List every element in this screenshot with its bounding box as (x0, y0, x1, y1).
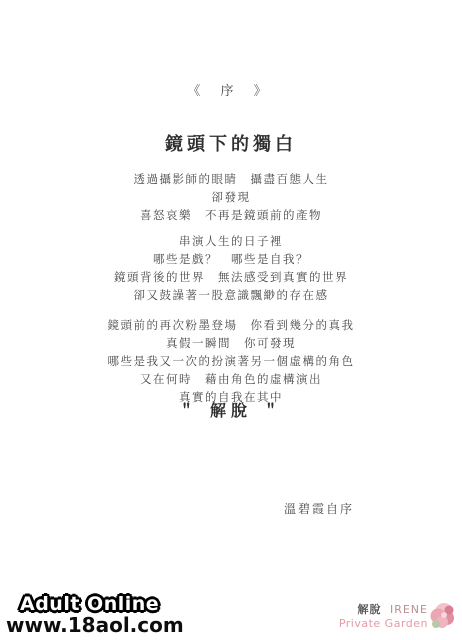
poem-highlight-word: ＂ 解脫 ＂ (0, 398, 462, 421)
book-logo: 解脫 IRENE Private Garden (339, 600, 458, 634)
watermark-url: www.18aol.com (6, 615, 184, 636)
section-header: 《 序 》 (0, 80, 462, 99)
scanned-preface-page: 《 序 》 鏡頭下的獨白 透過攝影師的眼睛 攝盡百態人生 卻發現 喜怒哀樂 不再… (0, 0, 462, 640)
watermark-brand: Adult Online (6, 595, 184, 615)
author-signature: 溫碧霞自序 (284, 500, 354, 517)
rose-icon (424, 600, 458, 634)
book-title-cn: 解脫 (357, 603, 381, 616)
book-subtitle: Private Garden (339, 617, 428, 631)
poem-line: 鏡頭前的再次粉墨登場 你看到幾分的真我 (0, 316, 462, 334)
poem-line: 鏡頭背後的世界 無法感受到真實的世界 (0, 268, 462, 286)
book-title-en: IRENE (390, 603, 428, 616)
book-logo-text: 解脫 IRENE Private Garden (339, 603, 428, 631)
poem-stanza-2: 串演人生的日子裡 哪些是戲？ 哪些是自我？ 鏡頭背後的世界 無法感受到真實的世界… (0, 232, 462, 304)
poem-line: 真假一瞬間 你可發現 (0, 334, 462, 352)
poem-line: 卻又鼓譟著一股意識飄緲的存在感 (0, 286, 462, 304)
poem-line: 喜怒哀樂 不再是鏡頭前的產物 (0, 206, 462, 224)
poem-line: 透過攝影師的眼睛 攝盡百態人生 (0, 170, 462, 188)
poem-line: 哪些是我又一次的扮演著另一個虛構的角色 (0, 352, 462, 370)
poem-stanza-3: 鏡頭前的再次粉墨登場 你看到幾分的真我 真假一瞬間 你可發現 哪些是我又一次的扮… (0, 316, 462, 406)
poem-stanza-1: 透過攝影師的眼睛 攝盡百態人生 卻發現 喜怒哀樂 不再是鏡頭前的產物 (0, 170, 462, 224)
poem-line: 哪些是戲？ 哪些是自我？ (0, 250, 462, 268)
poem-title: 鏡頭下的獨白 (0, 130, 462, 156)
poem-line: 卻發現 (0, 188, 462, 206)
poem-line: 串演人生的日子裡 (0, 232, 462, 250)
book-title-line: 解脫 IRENE (339, 603, 428, 617)
poem-line: 又在何時 藉由角色的虛構演出 (0, 370, 462, 388)
site-watermark: Adult Online www.18aol.com (6, 595, 184, 636)
